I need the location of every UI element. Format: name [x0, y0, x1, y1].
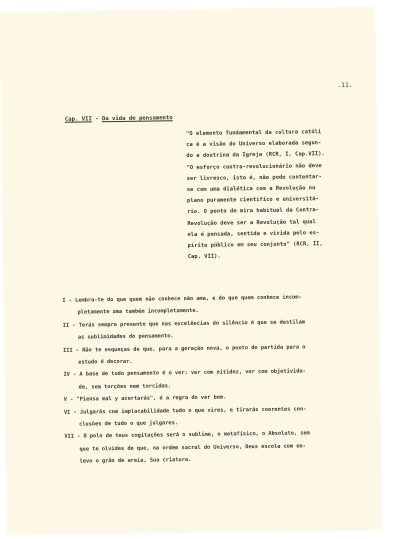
quote-line: Cap. VII). — [188, 250, 358, 264]
chapter-heading: Cap. VII - Da vida de pensamento — [65, 115, 173, 123]
document-page: .11. Cap. VII - Da vida de pensamento "O… — [0, 7, 381, 534]
page-number: .11. — [337, 82, 352, 89]
chapter-title: Da vida de pensamento — [102, 115, 173, 122]
maxims-list: I - Lembra-te do que quem não conhece nã… — [4, 290, 394, 469]
epigraph-quote: "O elemento fundamental da cultura catól… — [186, 127, 358, 264]
chapter-number: Cap. VII — [65, 116, 92, 122]
heading-separator: - — [92, 116, 102, 122]
maxim-vii: VII - O polo de teus cogitações será o s… — [6, 426, 394, 469]
